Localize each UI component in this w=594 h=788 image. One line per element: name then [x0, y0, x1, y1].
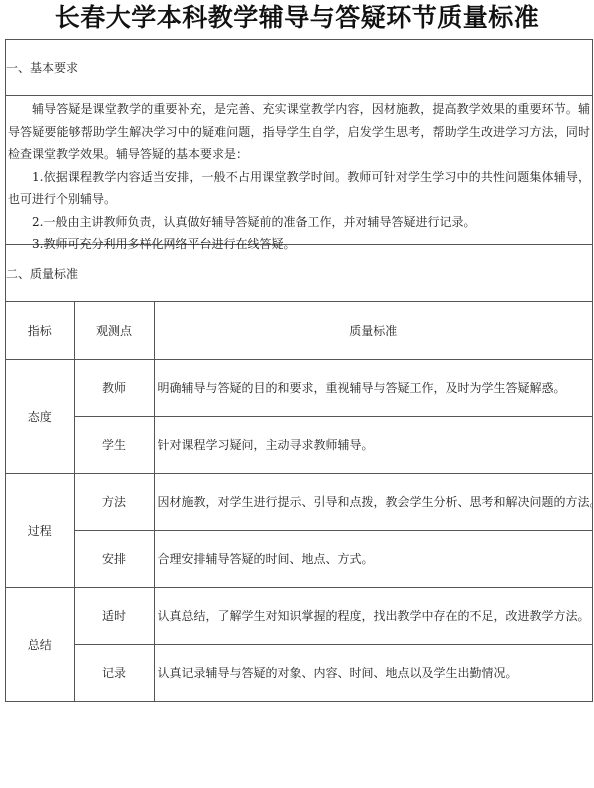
observation-point: 方法 [74, 473, 154, 530]
table-header-row: 指标 观测点 质量标准 [6, 302, 592, 359]
requirement-item-1: 1.依据课程教学内容适当安排，一般不占用课堂教学时间。教师可针对学生学习中的共性… [8, 166, 590, 211]
indicator-process: 过程 [6, 473, 74, 587]
requirement-item-2: 2.一般由主讲教师负责，认真做好辅导答疑前的准备工作，并对辅导答疑进行记录。 [8, 211, 590, 234]
quality-standard-text: 合理安排辅导答疑的时间、地点、方式。 [154, 530, 592, 587]
header-quality-standard: 质量标准 [154, 302, 592, 359]
quality-standards-table: 指标 观测点 质量标准 态度 教师 明确辅导与答疑的目的和要求，重视辅导与答疑工… [6, 302, 592, 702]
table-row: 学生 针对课程学习疑问，主动寻求教师辅导。 [6, 416, 592, 473]
document-frame: 一、基本要求 辅导答疑是课堂教学的重要补充，是完善、充实课堂教学内容，因材施教，… [5, 39, 593, 702]
observation-point: 安排 [74, 530, 154, 587]
quality-standard-text: 因材施教，对学生进行提示、引导和点拨，教会学生分析、思考和解决问题的方法。 [154, 473, 592, 530]
quality-standard-text: 明确辅导与答疑的目的和要求，重视辅导与答疑工作，及时为学生答疑解惑。 [154, 359, 592, 416]
table-row: 记录 认真记录辅导与答疑的对象、内容、时间、地点以及学生出勤情况。 [6, 644, 592, 701]
document-title: 长春大学本科教学辅导与答疑环节质量标准 [0, 2, 594, 34]
observation-point: 适时 [74, 587, 154, 644]
quality-standard-text: 认真总结，了解学生对知识掌握的程度，找出教学中存在的不足，改进教学方法。 [154, 587, 592, 644]
quality-standard-text: 针对课程学习疑问，主动寻求教师辅导。 [154, 416, 592, 473]
observation-point: 教师 [74, 359, 154, 416]
section-basic-requirements-body: 辅导答疑是课堂教学的重要补充，是完善、充实课堂教学内容，因材施教，提高教学效果的… [6, 96, 592, 245]
intro-paragraph: 辅导答疑是课堂教学的重要补充，是完善、充实课堂教学内容，因材施教，提高教学效果的… [8, 98, 590, 166]
header-observation-point: 观测点 [74, 302, 154, 359]
header-indicator: 指标 [6, 302, 74, 359]
section-basic-requirements-heading: 一、基本要求 [6, 40, 592, 96]
observation-point: 记录 [74, 644, 154, 701]
table-row: 安排 合理安排辅导答疑的时间、地点、方式。 [6, 530, 592, 587]
observation-point: 学生 [74, 416, 154, 473]
table-row: 总结 适时 认真总结，了解学生对知识掌握的程度，找出教学中存在的不足，改进教学方… [6, 587, 592, 644]
indicator-attitude: 态度 [6, 359, 74, 473]
table-row: 态度 教师 明确辅导与答疑的目的和要求，重视辅导与答疑工作，及时为学生答疑解惑。 [6, 359, 592, 416]
indicator-summary: 总结 [6, 587, 74, 701]
quality-standard-text: 认真记录辅导与答疑的对象、内容、时间、地点以及学生出勤情况。 [154, 644, 592, 701]
table-row: 过程 方法 因材施教，对学生进行提示、引导和点拨，教会学生分析、思考和解决问题的… [6, 473, 592, 530]
